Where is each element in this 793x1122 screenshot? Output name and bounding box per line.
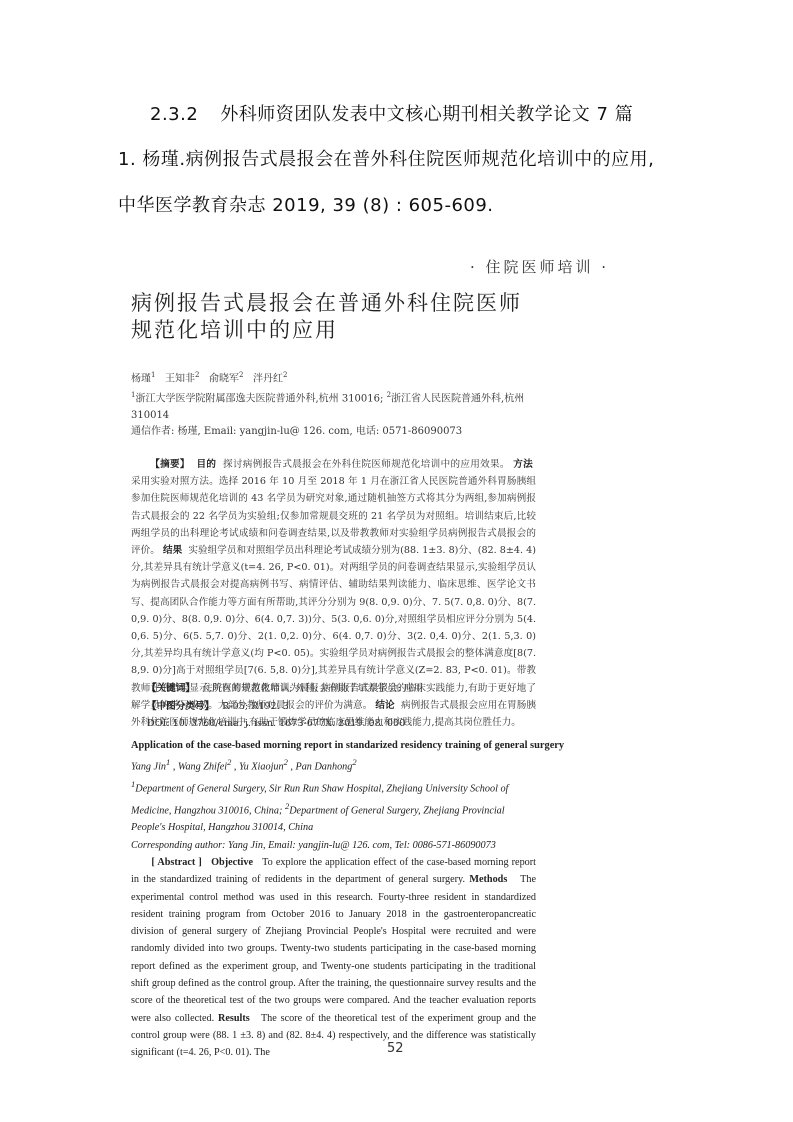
author: 泮丹红	[253, 373, 283, 384]
en-abstract-label: [ Abstract ]	[151, 857, 201, 868]
affiliation-1: 浙江大学医学院附属邵逸夫医院普通外科,杭州 310016;	[135, 394, 383, 405]
english-correspondence: Corresponding author: Yang Jin, Email: y…	[131, 837, 536, 854]
en-methods-text: The experimental control method was used…	[131, 874, 536, 1023]
keywords-label: 【关键词】	[147, 683, 195, 694]
article-title-line1: 病例报告式晨报会在普通外科住院医师	[131, 290, 522, 317]
author-list: 杨瑾1 王知非2 俞晓军2 泮丹红2	[131, 367, 543, 387]
section-number: 2.3.2	[150, 104, 198, 125]
en-methods-label: Methods	[469, 874, 507, 885]
english-title: Application of the case-based morning re…	[131, 737, 536, 754]
english-section: Application of the case-based morning re…	[131, 737, 536, 1062]
section-heading: 2.3.2外科师资团队发表中文核心期刊相关教学论文 7 篇	[150, 100, 633, 126]
abstract-label: 【摘要】	[150, 459, 190, 470]
english-affiliations: 1Department of General Surgery, Sir Run …	[131, 776, 536, 837]
methods-label: 方法	[513, 459, 533, 470]
en-objective-label: Objective	[211, 857, 253, 868]
doi: DOI: 10. 3760/cma. j. issn. 1673-677X. 2…	[147, 715, 423, 733]
page-number: 52	[387, 1041, 404, 1056]
affiliations: 1浙江大学医学院附属邵逸夫医院普通外科,杭州 310016; 2浙江省人民医院普…	[131, 387, 543, 423]
english-authors: Yang Jin1 , Wang Zhifei2 , Yu Xiaojun2 ,…	[131, 754, 536, 776]
results-label: 结果	[163, 545, 182, 556]
keywords-row: 【关键词】住院医师规范化培训; 外科; 病例报告式晨报会; 应用	[147, 680, 423, 698]
clc-number: R-05; R192. 3	[222, 701, 289, 712]
reference-citation-line2: 中华医学教育杂志 2019, 39 (8) : 605-609.	[118, 191, 494, 217]
author: 俞晓军	[209, 373, 239, 384]
article-title-line2: 规范化培训中的应用	[131, 317, 522, 344]
clc-row: 【中图分类号】R-05; R192. 3	[147, 698, 423, 716]
keywords: 住院医师规范化培训; 外科; 病例报告式晨报会; 应用	[203, 683, 423, 694]
reference-citation-line1: 1. 杨瑾.病例报告式晨报会在普外科住院医师规范化培训中的应用,	[118, 145, 654, 171]
column-tag: · 住院医师培训 ·	[470, 256, 609, 277]
clc-label: 【中图分类号】	[147, 701, 214, 712]
author: 杨瑾	[131, 373, 151, 384]
objective-label: 目的	[196, 459, 216, 470]
author: 王知非	[165, 373, 195, 384]
english-abstract: [ Abstract ] Objective To explore the ap…	[131, 854, 536, 1062]
objective-text: 探讨病例报告式晨报会在外科住院医师规范化培训中的应用效果。	[223, 459, 510, 470]
article-title: 病例报告式晨报会在普通外科住院医师 规范化培训中的应用	[131, 290, 522, 344]
section-title: 外科师资团队发表中文核心期刊相关教学论文 7 篇	[220, 104, 633, 125]
en-results-label: Results	[218, 1013, 250, 1024]
authors-block: 杨瑾1 王知非2 俞晓军2 泮丹红2 1浙江大学医学院附属邵逸夫医院普通外科,杭…	[131, 367, 543, 440]
article-metadata: 【关键词】住院医师规范化培训; 外科; 病例报告式晨报会; 应用 【中图分类号】…	[147, 680, 423, 733]
correspondence: 通信作者: 杨瑾, Email: yangjin-lu@ 126. com, 电…	[131, 424, 543, 440]
